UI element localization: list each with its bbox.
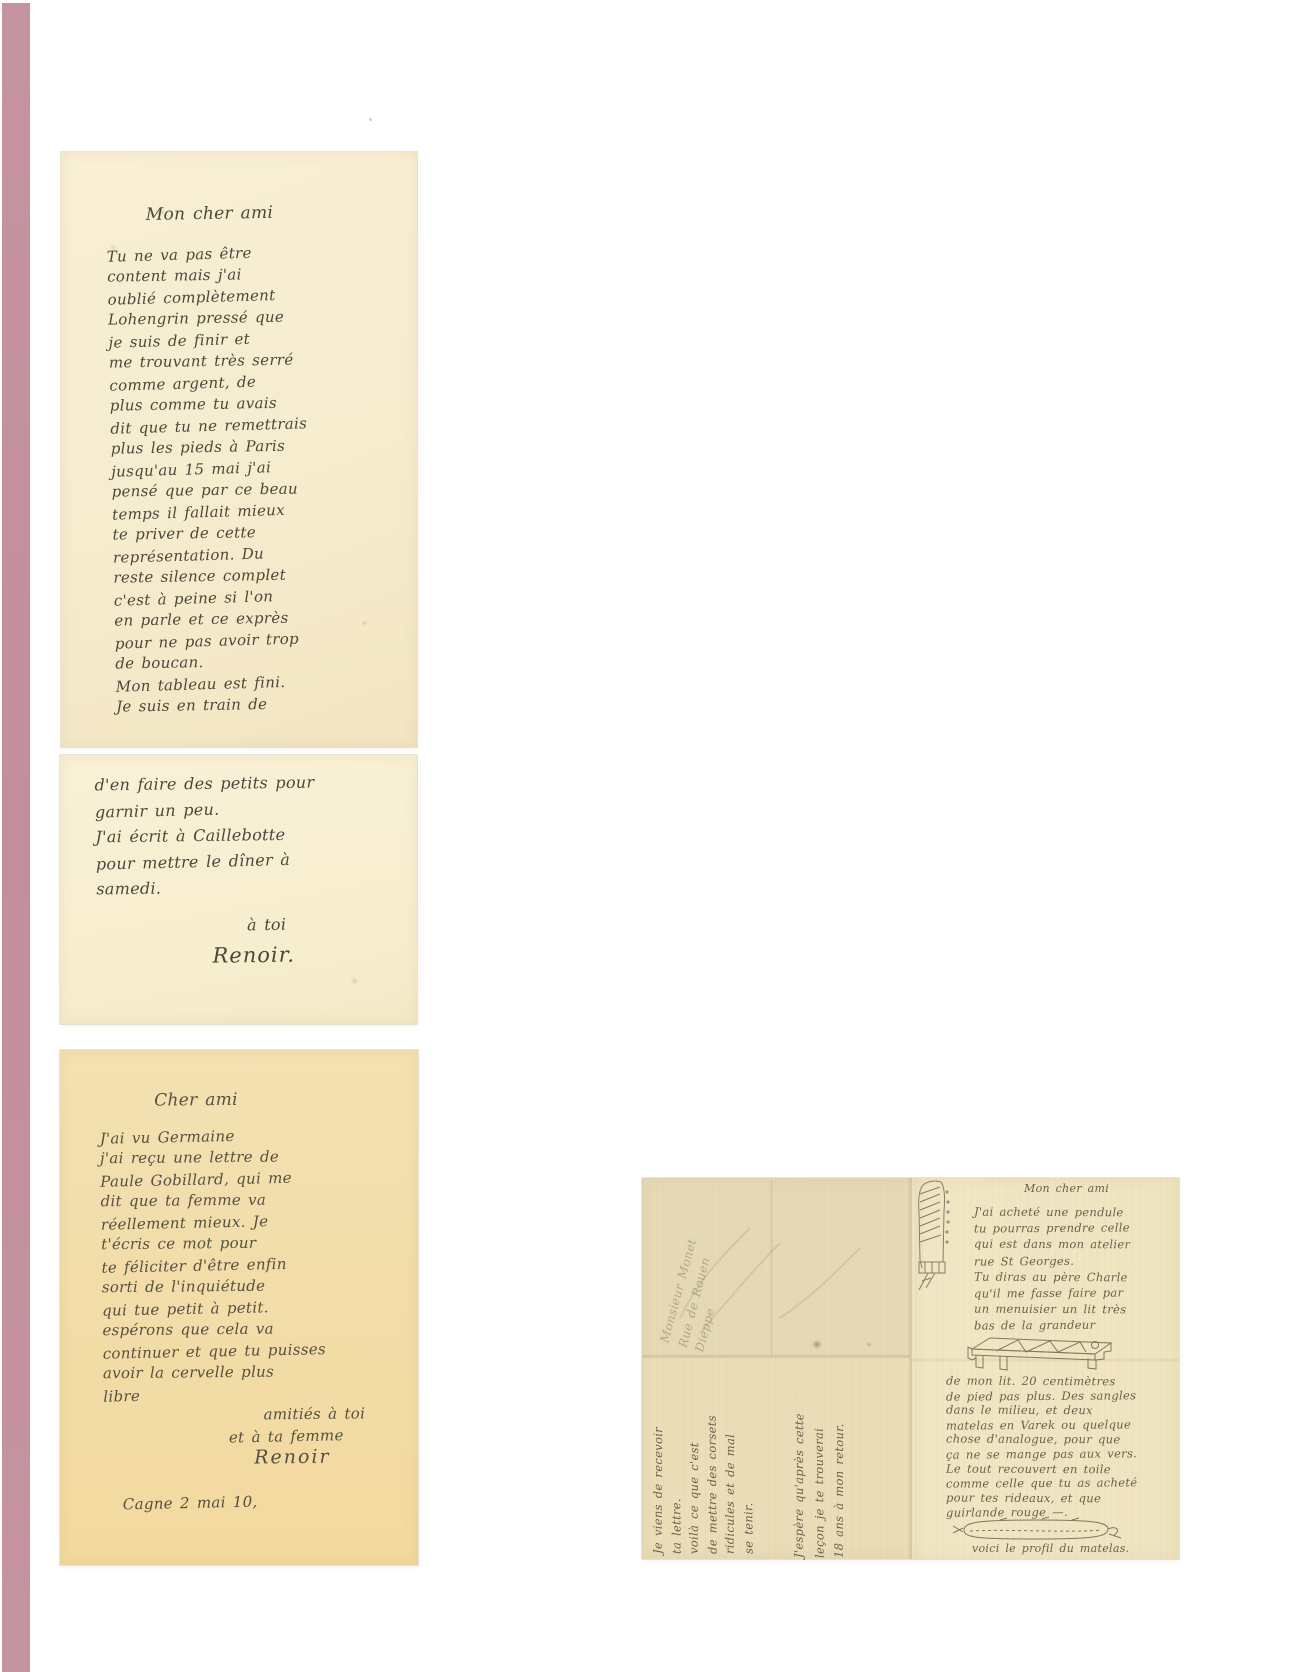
handwriting-line: Tu diras au père Charle <box>974 1268 1130 1285</box>
handwriting-line: Cher ami <box>154 1089 361 1112</box>
handwriting-line: tu pourras prendre celle <box>974 1220 1130 1237</box>
handwriting-line: Renoir <box>254 1446 366 1469</box>
handwriting-line: guirlande rouge —. <box>946 1505 1137 1521</box>
handwriting-line: J'espère qu'après cette <box>789 1378 810 1558</box>
handwriting-block: d'en faire des petits pourgarnir un peu.… <box>94 769 317 971</box>
handwriting-line: ta lettre. <box>666 1384 685 1554</box>
handwriting-line: Je viens de recevoir <box>649 1384 668 1554</box>
letter3-spread: Monsieur MonetRue de RouenDieppe Je vien… <box>642 1178 1179 1559</box>
handwriting-line: matelas en Varek ou quelque <box>946 1417 1137 1433</box>
pendule-sketch <box>910 1180 956 1292</box>
handwriting-line: amitiés à toi <box>263 1403 365 1425</box>
rotated-note-block: Je viens de recevoirta lettre.voilà ce q… <box>649 1384 757 1554</box>
accent-bar <box>2 3 30 1672</box>
handwriting-line: 18 ans à mon retour. <box>829 1378 850 1558</box>
handwriting-line: de pied pas plus. Des sangles <box>946 1388 1137 1404</box>
handwriting-line: Le tout recouvert en toile <box>946 1461 1137 1476</box>
handwriting-line: garnir un peu. <box>95 794 315 825</box>
spread-salutation: Mon cher ami <box>1024 1182 1109 1195</box>
handwriting-line: de mettre des corsets <box>702 1384 721 1554</box>
handwriting-line: ridicules et de mal <box>721 1384 740 1554</box>
handwriting-block: Cher amiJ'ai vu Germainej'ai reçu une le… <box>99 1088 366 1515</box>
letter1-page1: Mon cher amiTu ne va pas êtrecontent mai… <box>61 152 417 747</box>
letter2-page: Cher amiJ'ai vu Germainej'ai reçu une le… <box>60 1050 418 1565</box>
handwriting-line: J'ai acheté une pendule <box>974 1204 1130 1221</box>
scanned-document-page: { "page": { "background": "#ffffff" }, "… <box>0 0 1301 1672</box>
handwriting-line: pour mettre le dîner à <box>96 846 316 877</box>
handwriting-line: ça ne se mange pas aux vers. <box>946 1446 1137 1462</box>
handwriting-block: J'ai acheté une penduletu pourras prendr… <box>974 1204 1130 1334</box>
handwriting-line: samedi. <box>96 874 316 903</box>
scan-speckle <box>369 118 372 121</box>
handwriting-line: de mon lit. 20 centimètres <box>946 1374 1137 1389</box>
handwriting-line: qui est dans mon atelier <box>974 1236 1130 1253</box>
mattress-profile-sketch <box>950 1516 1124 1544</box>
handwriting-line: rue St Georges. <box>974 1252 1130 1269</box>
foxing-spot <box>350 977 359 985</box>
foxing-spot <box>361 620 368 626</box>
letter1-page2: d'en faire des petits pourgarnir un peu.… <box>60 755 417 1024</box>
handwriting-line: se tenir. <box>738 1384 757 1554</box>
handwriting-line: Renoir. <box>212 941 317 968</box>
handwriting-line: voilà ce que c'est <box>685 1384 704 1554</box>
handwriting-line: chose d'analogue, pour que <box>946 1432 1137 1447</box>
handwriting-line: qu'il me fasse faire par <box>974 1284 1130 1301</box>
handwriting-line: à toi <box>247 911 318 939</box>
bed-frame-sketch <box>962 1334 1114 1374</box>
handwriting-line: pour tes rideaux, et que <box>946 1490 1137 1505</box>
handwriting-line: et à ta femme <box>229 1424 366 1448</box>
rotated-note-block: J'espère qu'après cetteleçon je te trouv… <box>789 1378 853 1558</box>
handwriting-line: leçon je te trouverai <box>808 1378 829 1558</box>
handwriting-line: bas de la grandeur <box>974 1317 1130 1334</box>
sketch-caption: voici le profil du matelas. <box>972 1542 1129 1555</box>
handwriting-line: un menuisier un lit très <box>974 1301 1130 1318</box>
handwriting-line: Mon cher ami <box>146 202 303 226</box>
handwriting-line: comme celle que tu as acheté <box>946 1475 1137 1491</box>
handwriting-block: de mon lit. 20 centimètresde pied pas pl… <box>946 1374 1137 1520</box>
handwriting-line: dans le milieu, et deux <box>946 1403 1137 1418</box>
handwriting-line: Cagne 2 mai 10, <box>123 1489 367 1516</box>
handwriting-block: Mon cher amiTu ne va pas êtrecontent mai… <box>106 202 314 719</box>
handwriting-line: Je suis en train de <box>116 693 313 718</box>
